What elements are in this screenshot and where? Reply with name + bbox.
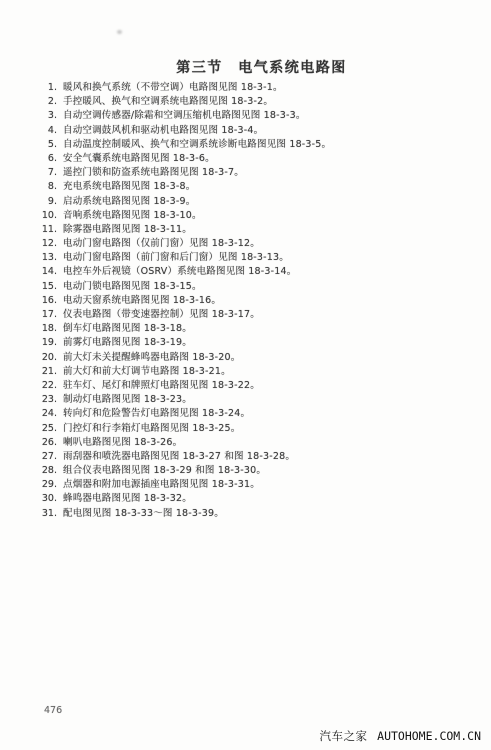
toc-item-number: 26.	[33, 436, 57, 450]
toc-item-text: 自动空调传感器/除霜和空调压缩机电路图见图 18-3-3。	[63, 109, 306, 123]
toc-item-text: 倒车灯电路图见图 18-3-18。	[63, 322, 192, 336]
toc-item-text: 电动门窗电路图（仅前门窗）见图 18-3-12。	[63, 237, 260, 251]
toc-item-number: 6.	[33, 152, 57, 166]
toc-item-text: 制动灯电路图见图 18-3-23。	[63, 393, 192, 407]
toc-item-number: 23.	[33, 393, 57, 407]
toc-item-number: 22.	[33, 379, 57, 393]
page-number: 476	[44, 705, 62, 716]
toc-item-text: 前雾灯电路图见图 18-3-19。	[63, 336, 192, 350]
toc-item: 23. 制动灯电路图见图 18-3-23。	[0, 393, 491, 407]
toc-item-text: 点烟器和附加电源插座电路图见图 18-3-31。	[63, 478, 260, 492]
toc-item-number: 19.	[33, 336, 57, 350]
toc-item: 28. 组合仪表电路图见图 18-3-29 和图 18-3-30。	[0, 464, 491, 478]
toc-item-number: 17.	[33, 308, 57, 322]
toc-item: 5. 自动温度控制暖风、换气和空调系统诊断电路图见图 18-3-5。	[0, 138, 491, 152]
toc-item: 12. 电动门窗电路图（仅前门窗）见图 18-3-12。	[0, 237, 491, 251]
toc-item: 13. 电动门窗电路图（前门窗和后门窗）见图 18-3-13。	[0, 251, 491, 265]
watermark-domain-label: AUTOHOME.COM.CN	[377, 729, 481, 743]
toc-item-text: 配电图见图 18-3-33～图 18-3-39。	[63, 507, 224, 521]
toc-item: 22. 驻车灯、尾灯和牌照灯电路图见图 18-3-22。	[0, 379, 491, 393]
toc-item-number: 13.	[33, 251, 57, 265]
toc-item-number: 27.	[33, 450, 57, 464]
toc-item-number: 11.	[33, 223, 57, 237]
toc-item-text: 雨刮器和喷洗器电路图见图 18-3-27 和图 18-3-28。	[63, 450, 295, 464]
scan-artifact-speck	[117, 30, 122, 34]
toc-item-number: 21.	[33, 365, 57, 379]
toc-item-text: 电动门窗电路图（前门窗和后门窗）见图 18-3-13。	[63, 251, 289, 265]
toc-item: 17. 仪表电路图（带变速器控制）见图 18-3-17。	[0, 308, 491, 322]
toc-item: 18. 倒车灯电路图见图 18-3-18。	[0, 322, 491, 336]
scanned-manual-page: 第三节 电气系统电路图 1. 暖风和换气系统（不带空调）电路图见图 18-3-1…	[0, 0, 491, 750]
toc-item: 25. 门控灯和行李箱灯电路图见图 18-3-25。	[0, 422, 491, 436]
toc-item-number: 2.	[33, 95, 57, 109]
toc-item: 29. 点烟器和附加电源插座电路图见图 18-3-31。	[0, 478, 491, 492]
toc-item: 9. 启动系统电路图见图 18-3-9。	[0, 195, 491, 209]
toc-item-text: 门控灯和行李箱灯电路图见图 18-3-25。	[63, 422, 241, 436]
toc-item-text: 前大灯未关提醒蜂鸣器电路图 18-3-20。	[63, 351, 241, 365]
toc-item-number: 8.	[33, 180, 57, 194]
toc-item-text: 组合仪表电路图见图 18-3-29 和图 18-3-30。	[63, 464, 266, 478]
toc-item-text: 除雾器电路图见图 18-3-11。	[63, 223, 192, 237]
toc-item-text: 充电系统电路图见图 18-3-8。	[63, 180, 195, 194]
toc-item: 4. 自动空调鼓风机和驱动机电路图见图 18-3-4。	[0, 124, 491, 138]
toc-item-number: 12.	[33, 237, 57, 251]
toc-item: 21. 前大灯和前大灯调节电路图 18-3-21。	[0, 365, 491, 379]
toc-item-number: 5.	[33, 138, 57, 152]
toc-item-text: 前大灯和前大灯调节电路图 18-3-21。	[63, 365, 231, 379]
toc-item: 10. 音响系统电路图见图 18-3-10。	[0, 209, 491, 223]
toc-item-text: 电动天窗系统电路图见图 18-3-16。	[63, 294, 221, 308]
toc-item: 24. 转向灯和危险警告灯电路图见图 18-3-24。	[0, 407, 491, 421]
watermark: 汽车之家 AUTOHOME.COM.CN	[319, 728, 481, 744]
toc-item-number: 20.	[33, 351, 57, 365]
toc-item-number: 18.	[33, 322, 57, 336]
toc-item-text: 仪表电路图（带变速器控制）见图 18-3-17。	[63, 308, 260, 322]
toc-item: 8. 充电系统电路图见图 18-3-8。	[0, 180, 491, 194]
toc-item-text: 启动系统电路图见图 18-3-9。	[63, 195, 195, 209]
toc-item-number: 14.	[33, 265, 57, 279]
toc-item: 30. 蜂鸣器电路图见图 18-3-32。	[0, 492, 491, 506]
toc-item-number: 1.	[33, 81, 57, 95]
toc-item-number: 4.	[33, 124, 57, 138]
toc-item-text: 蜂鸣器电路图见图 18-3-32。	[63, 492, 192, 506]
toc-item-text: 喇叭电路图见图 18-3-26。	[63, 436, 182, 450]
toc-item: 31. 配电图见图 18-3-33～图 18-3-39。	[0, 507, 491, 521]
toc-item-number: 25.	[33, 422, 57, 436]
toc-item-text: 安全气囊系统电路图见图 18-3-6。	[63, 152, 215, 166]
toc-item-text: 电动门锁电路图见图 18-3-15。	[63, 280, 202, 294]
toc-item-number: 16.	[33, 294, 57, 308]
toc-item-text: 音响系统电路图见图 18-3-10。	[63, 209, 202, 223]
toc-item-number: 31.	[33, 507, 57, 521]
toc-item: 7. 遥控门锁和防盗系统电路图见图 18-3-7。	[0, 166, 491, 180]
toc-item-number: 24.	[33, 407, 57, 421]
toc-item: 26. 喇叭电路图见图 18-3-26。	[0, 436, 491, 450]
toc-item-text: 手控暖风、换气和空调系统电路图见图 18-3-2。	[63, 95, 273, 109]
toc-item-text: 驻车灯、尾灯和牌照灯电路图见图 18-3-22。	[63, 379, 260, 393]
toc-item: 1. 暖风和换气系统（不带空调）电路图见图 18-3-1。	[0, 81, 491, 95]
toc-item-number: 7.	[33, 166, 57, 180]
toc-item-number: 28.	[33, 464, 57, 478]
toc-item: 15. 电动门锁电路图见图 18-3-15。	[0, 280, 491, 294]
toc-item-number: 29.	[33, 478, 57, 492]
toc-item-text: 电控车外后视镜（OSRV）系统电路图见图 18-3-14。	[63, 265, 297, 279]
toc-item: 16. 电动天窗系统电路图见图 18-3-16。	[0, 294, 491, 308]
toc-list: 1. 暖风和换气系统（不带空调）电路图见图 18-3-1。 2. 手控暖风、换气…	[0, 81, 491, 521]
section-title: 第三节 电气系统电路图	[0, 57, 491, 77]
toc-item-text: 自动空调鼓风机和驱动机电路图见图 18-3-4。	[63, 124, 263, 138]
watermark-chinese-label: 汽车之家	[319, 729, 367, 743]
toc-item: 2. 手控暖风、换气和空调系统电路图见图 18-3-2。	[0, 95, 491, 109]
toc-item: 6. 安全气囊系统电路图见图 18-3-6。	[0, 152, 491, 166]
toc-item-text: 暖风和换气系统（不带空调）电路图见图 18-3-1。	[63, 81, 283, 95]
toc-item-number: 30.	[33, 492, 57, 506]
toc-item-number: 10.	[33, 209, 57, 223]
toc-item-number: 9.	[33, 195, 57, 209]
toc-item-text: 自动温度控制暖风、换气和空调系统诊断电路图见图 18-3-5。	[63, 138, 331, 152]
toc-item: 20. 前大灯未关提醒蜂鸣器电路图 18-3-20。	[0, 351, 491, 365]
toc-item: 19. 前雾灯电路图见图 18-3-19。	[0, 336, 491, 350]
toc-item-number: 15.	[33, 280, 57, 294]
toc-item: 11. 除雾器电路图见图 18-3-11。	[0, 223, 491, 237]
toc-item-text: 遥控门锁和防盗系统电路图见图 18-3-7。	[63, 166, 244, 180]
toc-item: 3. 自动空调传感器/除霜和空调压缩机电路图见图 18-3-3。	[0, 109, 491, 123]
toc-item: 27. 雨刮器和喷洗器电路图见图 18-3-27 和图 18-3-28。	[0, 450, 491, 464]
toc-item: 14. 电控车外后视镜（OSRV）系统电路图见图 18-3-14。	[0, 265, 491, 279]
toc-item-text: 转向灯和危险警告灯电路图见图 18-3-24。	[63, 407, 250, 421]
toc-item-number: 3.	[33, 109, 57, 123]
